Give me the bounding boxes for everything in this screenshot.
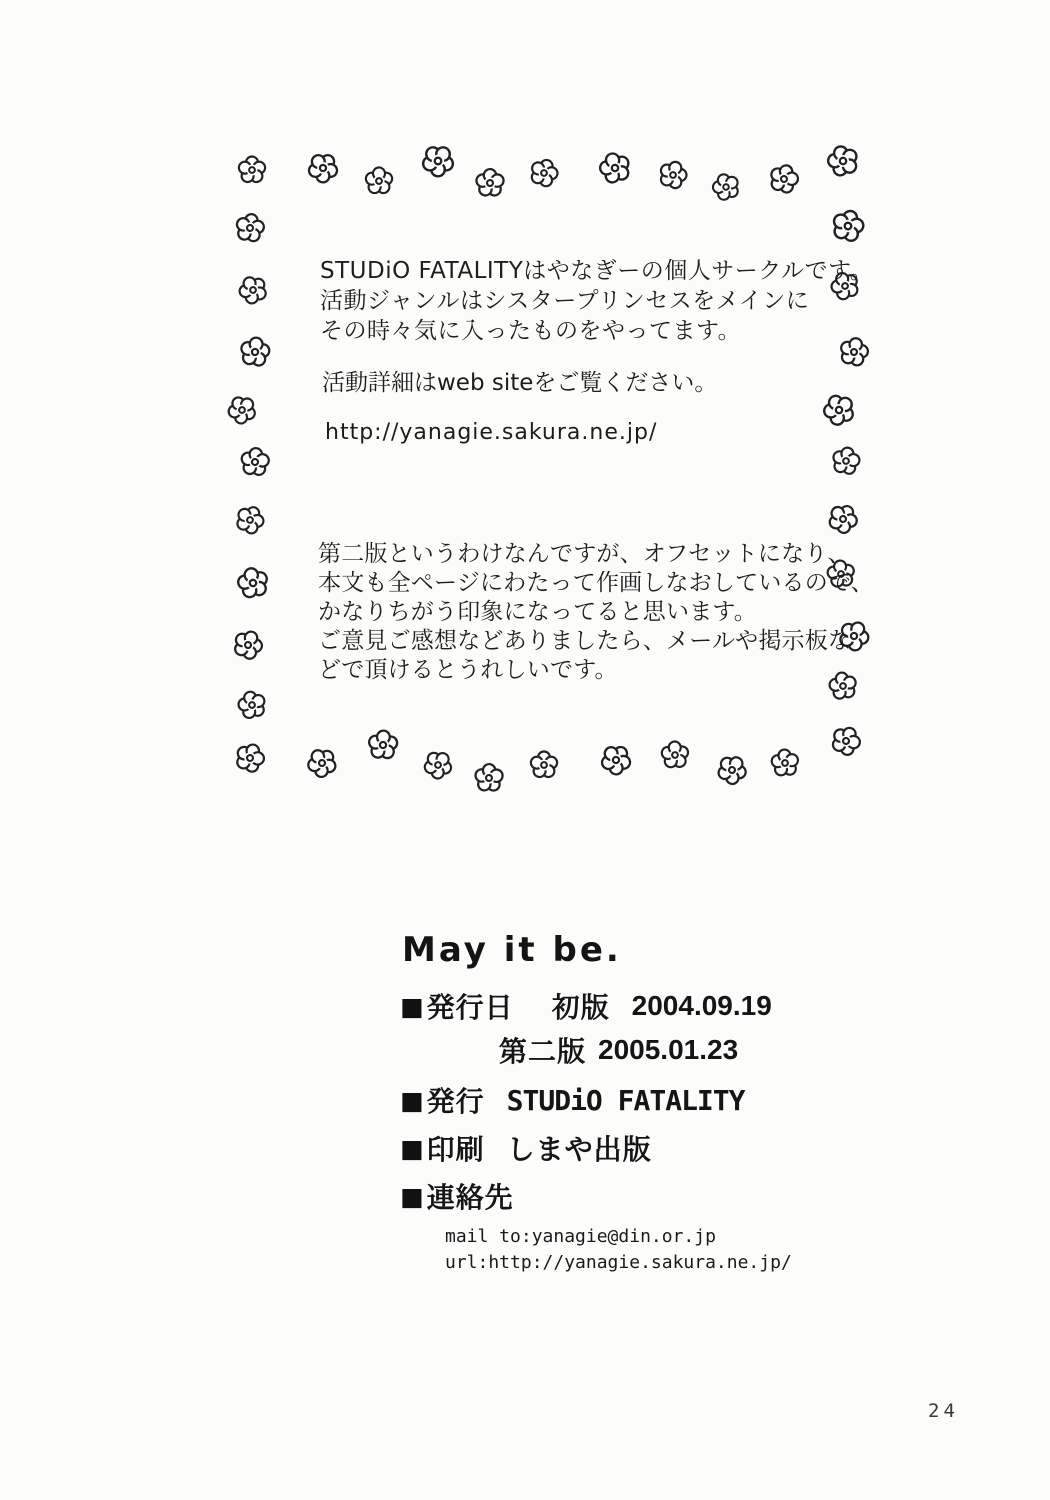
- printer-row: ■ 印刷 しまや出版: [400, 1128, 820, 1168]
- flower-icon: [661, 162, 687, 188]
- flower-icon: [597, 740, 636, 778]
- flower-icon: [239, 157, 265, 183]
- flower-icon: [471, 760, 508, 797]
- second-edition-label: 第二版: [499, 1030, 586, 1070]
- contact-label: 連絡先: [427, 1176, 514, 1216]
- edition-line: かなりちがう印象になってると思います。: [318, 598, 838, 627]
- square-bullet-icon: ■: [400, 994, 424, 1019]
- printer-label: 印刷: [427, 1128, 485, 1168]
- square-bullet-icon: ■: [400, 1088, 424, 1113]
- flower-icon: [234, 212, 265, 243]
- flower-icon: [825, 500, 862, 536]
- flower-icon: [363, 164, 395, 197]
- intro-line: その時々気に入ったものをやってます。: [320, 316, 800, 346]
- first-edition-date: 2004.09.19: [632, 990, 772, 1022]
- contact-details: mail to:yanagie@din.or.jp url:http://yan…: [445, 1224, 820, 1276]
- website-url: http://yanagie.sakura.ne.jp/: [325, 420, 657, 445]
- flower-icon: [531, 752, 557, 778]
- edition-line: 本文も全ページにわたって作画しなおしているので、: [318, 569, 838, 598]
- flower-icon: [709, 170, 744, 205]
- flower-icon: [304, 744, 342, 782]
- contact-url: url:http://yanagie.sakura.ne.jp/: [445, 1250, 820, 1276]
- flower-icon: [767, 163, 802, 197]
- second-edition-note: 第二版というわけなんですが、オフセットになり、 本文も全ページにわたって作画しな…: [318, 540, 838, 685]
- flower-icon: [233, 502, 268, 536]
- edition-line: 第二版というわけなんですが、オフセットになり、: [318, 540, 838, 569]
- flower-icon: [234, 742, 267, 775]
- flower-icon: [237, 444, 274, 480]
- flower-icon: [420, 143, 457, 180]
- flower-icon: [824, 144, 861, 180]
- flower-icon: [472, 165, 509, 202]
- flower-icon: [422, 749, 455, 782]
- intro-line: 活動ジャンルはシスタープリンセスをメインに: [320, 286, 800, 316]
- flower-icon: [234, 630, 263, 659]
- second-edition-date-row: 第二版 2005.01.23: [400, 1030, 820, 1070]
- contact-mail: mail to:yanagie@din.or.jp: [445, 1224, 820, 1250]
- flower-icon: [226, 393, 260, 428]
- flower-icon: [235, 271, 272, 308]
- edition-line: ご意見ご感想などありましたら、メールや掲示板な: [318, 627, 838, 656]
- website-note: 活動詳細はweb siteをご覧ください。: [322, 364, 717, 397]
- flower-icon: [367, 728, 401, 762]
- flower-icon: [716, 754, 749, 787]
- flower-icon: [840, 337, 869, 366]
- square-bullet-icon: ■: [400, 1184, 424, 1209]
- contact-row: ■ 連絡先: [400, 1176, 820, 1216]
- square-bullet-icon: ■: [400, 1136, 424, 1161]
- flower-icon: [234, 563, 273, 602]
- second-edition-date: 2005.01.23: [598, 1034, 738, 1066]
- publisher-label: 発行: [427, 1080, 485, 1120]
- first-edition-label: 初版: [552, 986, 610, 1026]
- flower-icon: [596, 148, 636, 188]
- flower-icon: [830, 726, 861, 757]
- flower-icon: [234, 687, 270, 724]
- flower-icon: [528, 156, 561, 189]
- scanned-doujin-page: STUDiO FATALITYはやなぎーの個人サークルです。 活動ジャンルはシス…: [0, 0, 1050, 1500]
- publication-date-label: 発行日: [427, 986, 514, 1026]
- intro-line: STUDiO FATALITYはやなぎーの個人サークルです。: [320, 256, 800, 286]
- printer-name: しまや出版: [507, 1128, 652, 1168]
- flower-icon: [767, 745, 804, 781]
- publication-date-row: ■ 発行日 初版 2004.09.19: [400, 986, 820, 1026]
- flower-icon: [304, 148, 343, 187]
- flower-icon: [820, 391, 859, 430]
- colophon: May it be. ■ 発行日 初版 2004.09.19 第二版 2005.…: [400, 930, 820, 1276]
- publisher-row: ■ 発行 STUDiO FATALITY: [400, 1080, 820, 1120]
- flower-icon: [830, 207, 866, 243]
- circle-intro-text: STUDiO FATALITYはやなぎーの個人サークルです。 活動ジャンルはシス…: [320, 256, 800, 346]
- edition-line: どで頂けるとうれしいです。: [318, 656, 838, 685]
- flower-icon: [659, 738, 692, 771]
- publisher-name: STUDiO FATALITY: [507, 1084, 745, 1117]
- page-number: 24: [928, 1400, 959, 1422]
- flower-icon: [240, 336, 272, 368]
- flower-icon: [829, 445, 864, 479]
- book-title: May it be.: [402, 930, 820, 970]
